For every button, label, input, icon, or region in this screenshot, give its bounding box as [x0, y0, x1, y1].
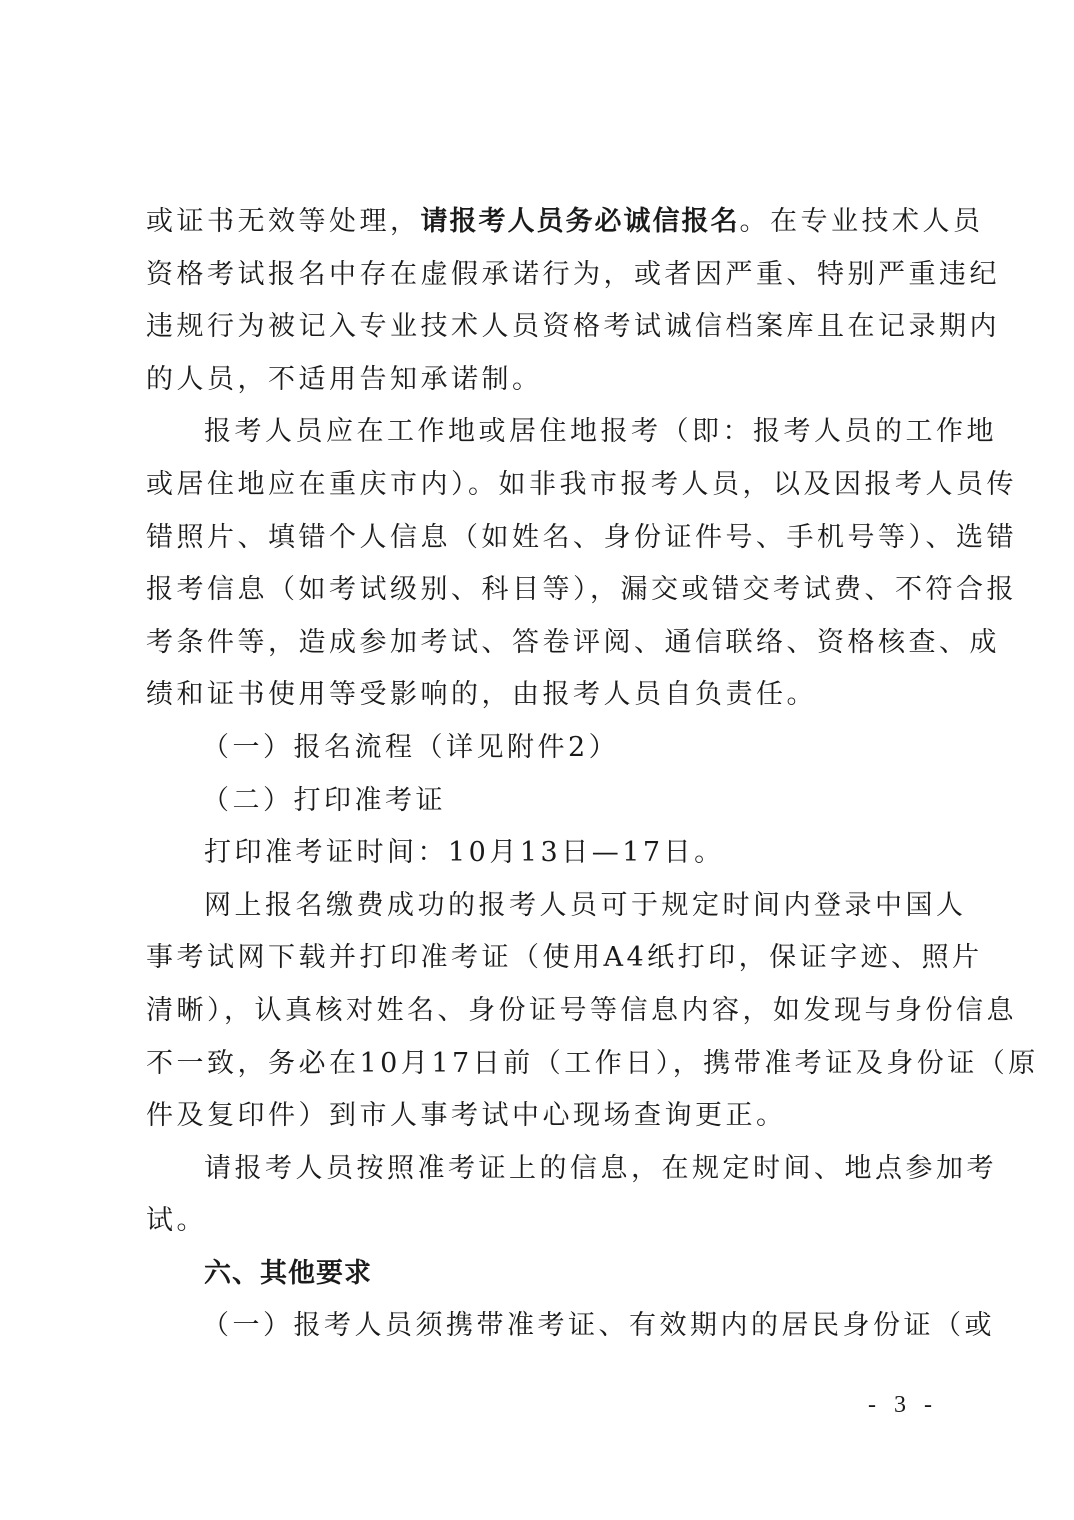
paragraph-line: 报考信息（如考试级别、科目等），漏交或错交考试费、不符合报: [146, 564, 942, 617]
paragraph-line: 试。: [146, 1195, 942, 1248]
paragraph-line: 错照片、填错个人信息（如姓名、身份证件号、手机号等）、选错: [146, 512, 942, 565]
paragraph-line: 清晰），认真核对姓名、身份证号等信息内容，如发现与身份信息: [146, 985, 942, 1038]
paragraph-line: 事考试网下载并打印准考证（使用A4纸打印，保证字迹、照片: [146, 932, 942, 985]
paragraph-line: 考条件等，造成参加考试、答卷评阅、通信联络、资格核查、成: [146, 617, 942, 670]
paragraph-line: 绩和证书使用等受影响的，由报考人员自负责任。: [146, 669, 942, 722]
text-run: 或证书无效等处理，: [146, 206, 421, 237]
document-page: 或证书无效等处理，请报考人员务必诚信报名。在专业技术人员 资格考试报名中存在虚假…: [146, 196, 942, 1353]
paragraph-line: 的人员，不适用告知承诺制。: [146, 354, 942, 407]
paragraph-line: 件及复印件）到市人事考试中心现场查询更正。: [146, 1090, 942, 1143]
paragraph-line: 请报考人员按照准考证上的信息，在规定时间、地点参加考: [146, 1143, 942, 1196]
paragraph-line: 不一致，务必在10月17日前（工作日），携带准考证及身份证（原: [146, 1038, 942, 1091]
paragraph-line: 资格考试报名中存在虚假承诺行为，或者因严重、特别严重违纪: [146, 249, 942, 302]
subsection-heading-print-admission-ticket: （二）打印准考证: [146, 775, 942, 828]
section-heading-other-requirements: 六、其他要求: [146, 1248, 942, 1301]
paragraph-line: 或居住地应在重庆市内）。如非我市报考人员，以及因报考人员传: [146, 459, 942, 512]
text-run: 。在专业技术人员: [740, 206, 984, 237]
emphasis-text: 请报考人员务必诚信报名: [421, 206, 740, 237]
subsection-heading-registration-process: （一）报名流程（详见附件2）: [146, 722, 942, 775]
paragraph-line: 网上报名缴费成功的报考人员可于规定时间内登录中国人: [146, 880, 942, 933]
paragraph-line: 违规行为被记入专业技术人员资格考试诚信档案库且在记录期内: [146, 301, 942, 354]
paragraph-line: 报考人员应在工作地或居住地报考（即：报考人员的工作地: [146, 406, 942, 459]
paragraph-line: 打印准考证时间：10月13日—17日。: [146, 827, 942, 880]
paragraph-line: （一）报考人员须携带准考证、有效期内的居民身份证（或: [146, 1300, 942, 1353]
page-number: - 3 -: [868, 1392, 938, 1419]
paragraph-line: 或证书无效等处理，请报考人员务必诚信报名。在专业技术人员: [146, 196, 942, 249]
